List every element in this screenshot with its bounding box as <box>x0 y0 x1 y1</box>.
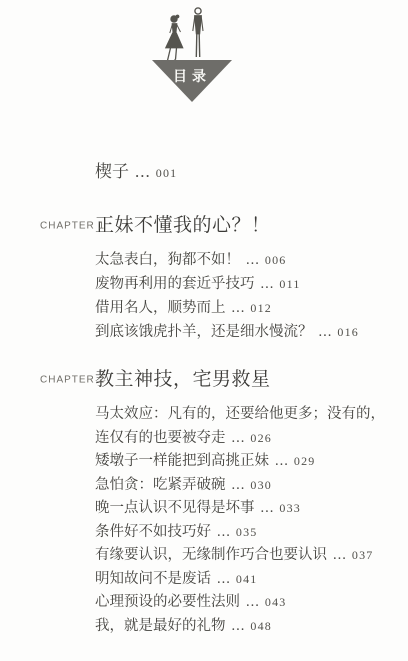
chapter-2-title: 教主神技，宅男救星 <box>95 369 271 390</box>
entry-title: 到底该饿虎扑羊，还是细水慢流？ <box>95 324 313 340</box>
toc-content: 楔子...001 CHAPTER 1 正妹不懂我的心？！ 太急表白，狗都不如！.… <box>0 161 408 638</box>
chapter-1-title: 正妹不懂我的心？！ <box>95 215 271 236</box>
entry-title: 废物再利用的套近乎技巧 <box>95 276 255 292</box>
toc-entry[interactable]: 我，就是最好的礼物...048 <box>95 615 394 639</box>
toc-entry[interactable]: 矮墩子一样能把到高挑正妹...029 <box>95 450 394 474</box>
entry-title: 太急表白，狗都不如！ <box>95 252 240 268</box>
dots-separator: ... <box>217 571 231 587</box>
emblem-label: 目录 <box>173 69 211 85</box>
toc-entry[interactable]: 晚一点认识不见得是坏事...033 <box>95 497 394 521</box>
page-number: 030 <box>250 478 272 492</box>
page-number: 026 <box>250 431 272 445</box>
dots-separator: ... <box>261 500 275 516</box>
toc-entry[interactable]: 心理预设的必要性法则...043 <box>95 591 394 615</box>
chapter-2-section: CHAPTER 2 教主神技，宅男救星 马太效应：凡有的，还要给他更多；没有的，… <box>0 366 408 638</box>
dots-separator: ... <box>261 276 275 292</box>
page-number: 016 <box>337 325 359 339</box>
dots-separator: ... <box>217 524 231 540</box>
chapter-2-heading[interactable]: CHAPTER 2 教主神技，宅男救星 <box>0 366 408 393</box>
page-number: 037 <box>352 548 374 562</box>
chapter-2-items: 马太效应：凡有的，还要给他更多；没有的，连仅有的也要被夺走...026 矮墩子一… <box>0 403 408 638</box>
chapter-1-items: 太急表白，狗都不如！...006 废物再利用的套近乎技巧...011 借用名人，… <box>0 248 408 344</box>
page-number: 011 <box>279 277 300 291</box>
toc-page: 目录 楔子...001 CHAPTER 1 正妹不懂我的心？！ 太急表白，狗都不… <box>0 0 408 661</box>
page-number: 033 <box>279 501 301 515</box>
toc-entry-prologue[interactable]: 楔子...001 <box>0 161 408 184</box>
dots-separator: ... <box>232 618 246 634</box>
entry-title: 有缘要认识，无缘制作巧合也要认识 <box>95 547 327 563</box>
dots-separator: ... <box>333 547 347 563</box>
entry-title: 矮墩子一样能把到高挑正妹 <box>95 453 269 469</box>
toc-entry[interactable]: 到底该饿虎扑羊，还是细水慢流？...016 <box>95 320 394 344</box>
toc-entry[interactable]: 太急表白，狗都不如！...006 <box>95 248 394 272</box>
toc-emblem: 目录 <box>148 2 240 106</box>
entry-title: 心理预设的必要性法则 <box>95 594 240 610</box>
dots-separator: ... <box>232 430 246 446</box>
page-number: 035 <box>236 525 258 539</box>
page-number: 043 <box>265 595 287 609</box>
entry-title: 明知故问不是废话 <box>95 571 211 587</box>
chapter-1-section: CHAPTER 1 正妹不懂我的心？！ 太急表白，狗都不如！...006 废物再… <box>0 212 408 344</box>
chapter-1-heading[interactable]: CHAPTER 1 正妹不懂我的心？！ <box>0 212 408 239</box>
entry-title: 我，就是最好的礼物 <box>95 618 226 634</box>
entry-title: 晚一点认识不见得是坏事 <box>95 500 255 516</box>
page-number: 029 <box>294 454 316 468</box>
dots-separator: ... <box>275 453 289 469</box>
page-number: 006 <box>265 253 287 267</box>
chapter-2-label: CHAPTER 2 <box>40 366 105 393</box>
page-number: 012 <box>250 301 272 315</box>
toc-entry[interactable]: 条件好不如技巧好...035 <box>95 521 394 545</box>
toc-entry[interactable]: 马太效应：凡有的，还要给他更多；没有的，连仅有的也要被夺走...026 <box>95 403 394 450</box>
prologue-title: 楔子 <box>95 162 129 181</box>
couple-figures-illustration: 目录 <box>148 2 240 106</box>
dots-separator: ... <box>232 477 246 493</box>
chapter-1-label: CHAPTER 1 <box>40 212 105 239</box>
entry-title: 急怕贪：吃紧弄破碗 <box>95 477 226 493</box>
toc-entry[interactable]: 废物再利用的套近乎技巧...011 <box>95 272 394 296</box>
page-number: 048 <box>250 619 272 633</box>
toc-entry[interactable]: 明知故问不是废话...041 <box>95 568 394 592</box>
dots-separator: ... <box>135 162 151 181</box>
entry-title: 借用名人，顺势而上 <box>95 300 226 316</box>
dots-separator: ... <box>319 324 333 340</box>
toc-entry[interactable]: 急怕贪：吃紧弄破碗...030 <box>95 474 394 498</box>
toc-entry[interactable]: 有缘要认识，无缘制作巧合也要认识...037 <box>95 544 394 568</box>
page-number: 041 <box>236 572 258 586</box>
dots-separator: ... <box>246 594 260 610</box>
page-number: 001 <box>156 166 178 180</box>
man-figure <box>193 8 203 57</box>
dots-separator: ... <box>246 252 260 268</box>
woman-figure <box>166 15 184 62</box>
dots-separator: ... <box>232 300 246 316</box>
toc-entry[interactable]: 借用名人，顺势而上...012 <box>95 296 394 320</box>
entry-title: 条件好不如技巧好 <box>95 524 211 540</box>
